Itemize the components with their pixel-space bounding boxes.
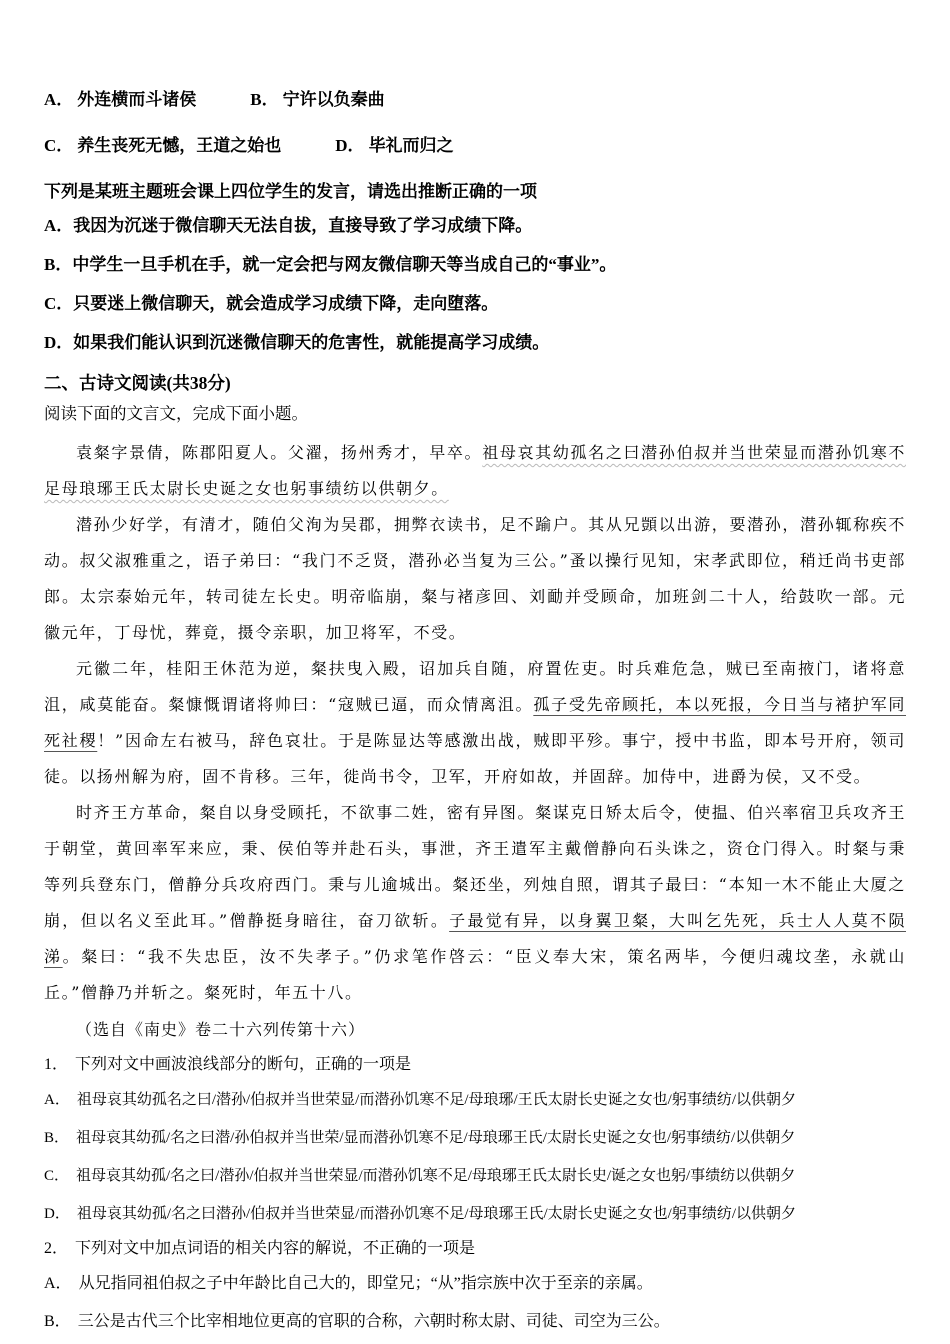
section-title: 二、古诗文阅读(共38分) <box>44 372 906 394</box>
question-1-number: 1． <box>44 1056 68 1073</box>
option-a-label: A． <box>44 90 73 109</box>
option-label: B． <box>44 1130 69 1146</box>
option-label: C． <box>44 1168 69 1184</box>
option-text: 祖母哀其幼孤名之曰/潜孙/伯叔并当世荣显/而潜孙饥寒不足/母琅琊/王氏太尉长史诞… <box>77 1092 796 1108</box>
option-a-text: 外连横而斗诸侯 <box>77 90 196 109</box>
passage-paragraph-2: 潜孙少好学，有清才，随伯父洵为吴郡，拥弊衣读书，足不踰户。其从兄顗以出游，要潜孙… <box>44 507 906 651</box>
option-b-label: B． <box>250 90 278 109</box>
option-label: D． <box>44 333 73 352</box>
prev-question-options-row-1: A．外连横而斗诸侯 B．宁许以负秦曲 <box>44 90 906 110</box>
question-1-option-a: A．祖母哀其幼孤名之曰/潜孙/伯叔并当世荣显/而潜孙饥寒不足/母琅琊/王氏太尉长… <box>44 1081 906 1119</box>
option-text: 祖母哀其幼孤/名之曰潜孙/伯叔并当世荣显/而潜孙饥寒不足/母琅琊王氏/太尉长史诞… <box>77 1206 796 1222</box>
option-text: 只要迷上微信聊天，就会造成学习成绩下降，走向堕落。 <box>73 294 498 313</box>
option-label: D． <box>44 1206 70 1222</box>
option-c-text: 养生丧死无憾，王道之始也 <box>77 136 281 155</box>
option-label: A． <box>44 216 73 235</box>
option-label: A． <box>44 1275 72 1292</box>
option-b-text: 宁许以负秦曲 <box>283 90 385 109</box>
question-2-option-b: B．三公是古代三个比宰相地位更高的官职的合称，六朝时称太尉、司徒、司空为三公。 <box>44 1303 906 1341</box>
option-b: B．宁许以负秦曲 <box>250 90 384 110</box>
option-label: C． <box>44 294 73 313</box>
class-question-stem: 下列是某班主题班会课上四位学生的发言，请选出推断正确的一项 <box>44 182 906 202</box>
option-c: C．养生丧死无憾，王道之始也 <box>44 136 281 156</box>
question-1-text: 下列对文中画波浪线部分的断句，正确的一项是 <box>75 1056 411 1073</box>
option-text: 三公是古代三个比宰相地位更高的官职的合称，六朝时称太尉、司徒、司空为三公。 <box>78 1313 670 1330</box>
question-2-text: 下列对文中加点词语的相关内容的解说，不正确的一项是 <box>75 1240 475 1257</box>
option-text: 祖母哀其幼孤/名之曰/潜孙/伯叔并当世荣显/而潜孙饥寒不足/母琅琊王氏太尉长史/… <box>76 1168 795 1184</box>
class-question-option-a: A．我因为沉迷于微信聊天无法自拔，直接导致了学习成绩下降。 <box>44 216 906 236</box>
question-2-option-a: A．从兄指同祖伯叔之子中年龄比自己大的，即堂兄；“从”指宗族中次于至亲的亲属。 <box>44 1265 906 1303</box>
option-d: D．毕礼而归之 <box>335 136 453 156</box>
option-c-label: C． <box>44 136 73 155</box>
passage-text: 袁粲字景倩，陈郡阳夏人。父濯，扬州秀才，早卒。 <box>76 443 482 462</box>
option-label: A． <box>44 1092 70 1108</box>
section-intro: 阅读下面的文言文，完成下面小题。 <box>44 403 906 425</box>
class-question-option-c: C．只要迷上微信聊天，就会造成学习成绩下降，走向堕落。 <box>44 294 906 314</box>
passage-paragraph-3: 元徽二年，桂阳王休范为逆，粲扶曳入殿，诏加兵自随，府置佐吏。时兵难危急，贼已至南… <box>44 651 906 795</box>
question-1-stem: 1．下列对文中画波浪线部分的断句，正确的一项是 <box>44 1049 906 1081</box>
prev-question-options-row-2: C．养生丧死无憾，王道之始也 D．毕礼而归之 <box>44 136 906 156</box>
option-a: A．外连横而斗诸侯 <box>44 90 196 110</box>
passage-paragraph-4: 时齐王方革命，粲自以身受顾托，不欲事二姓，密有异图。粲谋克日矫太后令，使揾、伯兴… <box>44 795 906 1011</box>
exam-document-page: A．外连横而斗诸侯 B．宁许以负秦曲 C．养生丧死无憾，王道之始也 D．毕礼而归… <box>0 0 950 1341</box>
passage-text: ！”因命左右被马，辞色哀壮。于是陈显达等感激出战，贼即平殄。事宁，授中书监，即本… <box>44 731 906 786</box>
option-d-label: D． <box>335 136 364 155</box>
option-d-text: 毕礼而归之 <box>369 136 454 155</box>
passage-source: （选自《南史》卷二十六列传第十六） <box>44 1011 906 1049</box>
question-1-option-c: C．祖母哀其幼孤/名之曰/潜孙/伯叔并当世荣显/而潜孙饥寒不足/母琅琊王氏太尉长… <box>44 1157 906 1195</box>
passage-text: 。粲曰：“我不失忠臣，汝不失孝子。”仍求笔作啓云：“臣义奉大宋，策名两毕，今便归… <box>44 947 906 1002</box>
class-question-option-d: D．如果我们能认识到沉迷微信聊天的危害性，就能提高学习成绩。 <box>44 333 906 353</box>
option-text: 如果我们能认识到沉迷微信聊天的危害性，就能提高学习成绩。 <box>73 333 549 352</box>
question-2-number: 2． <box>44 1240 68 1257</box>
option-text: 中学生一旦手机在手，就一定会把与网友微信聊天等当成自己的“事业”。 <box>72 255 616 274</box>
question-1-option-d: D．祖母哀其幼孤/名之曰潜孙/伯叔并当世荣显/而潜孙饥寒不足/母琅琊王氏/太尉长… <box>44 1195 906 1233</box>
passage-text: 潜孙少好学，有清才，随伯父洵为吴郡，拥弊衣读书，足不踰户。其从兄顗以出游，要潜孙… <box>44 515 906 642</box>
option-label: B． <box>44 255 72 274</box>
class-question-option-b: B．中学生一旦手机在手，就一定会把与网友微信聊天等当成自己的“事业”。 <box>44 255 906 275</box>
passage-paragraph-1: 袁粲字景倩，陈郡阳夏人。父濯，扬州秀才，早卒。祖母哀其幼孤名之曰潜孙伯叔并当世荣… <box>44 435 906 507</box>
option-text: 祖母哀其幼孤/名之曰潜/孙伯叔并当世荣/显而潜孙饥寒不足/母琅琊王氏/太尉长史诞… <box>76 1130 795 1146</box>
question-1-option-b: B．祖母哀其幼孤/名之曰潜/孙伯叔并当世荣/显而潜孙饥寒不足/母琅琊王氏/太尉长… <box>44 1119 906 1157</box>
option-text: 我因为沉迷于微信聊天无法自拔，直接导致了学习成绩下降。 <box>73 216 532 235</box>
option-text: 从兄指同祖伯叔之子中年龄比自己大的，即堂兄；“从”指宗族中次于至亲的亲属。 <box>79 1275 653 1292</box>
option-label: B． <box>44 1313 71 1330</box>
question-2-stem: 2．下列对文中加点词语的相关内容的解说，不正确的一项是 <box>44 1233 906 1265</box>
